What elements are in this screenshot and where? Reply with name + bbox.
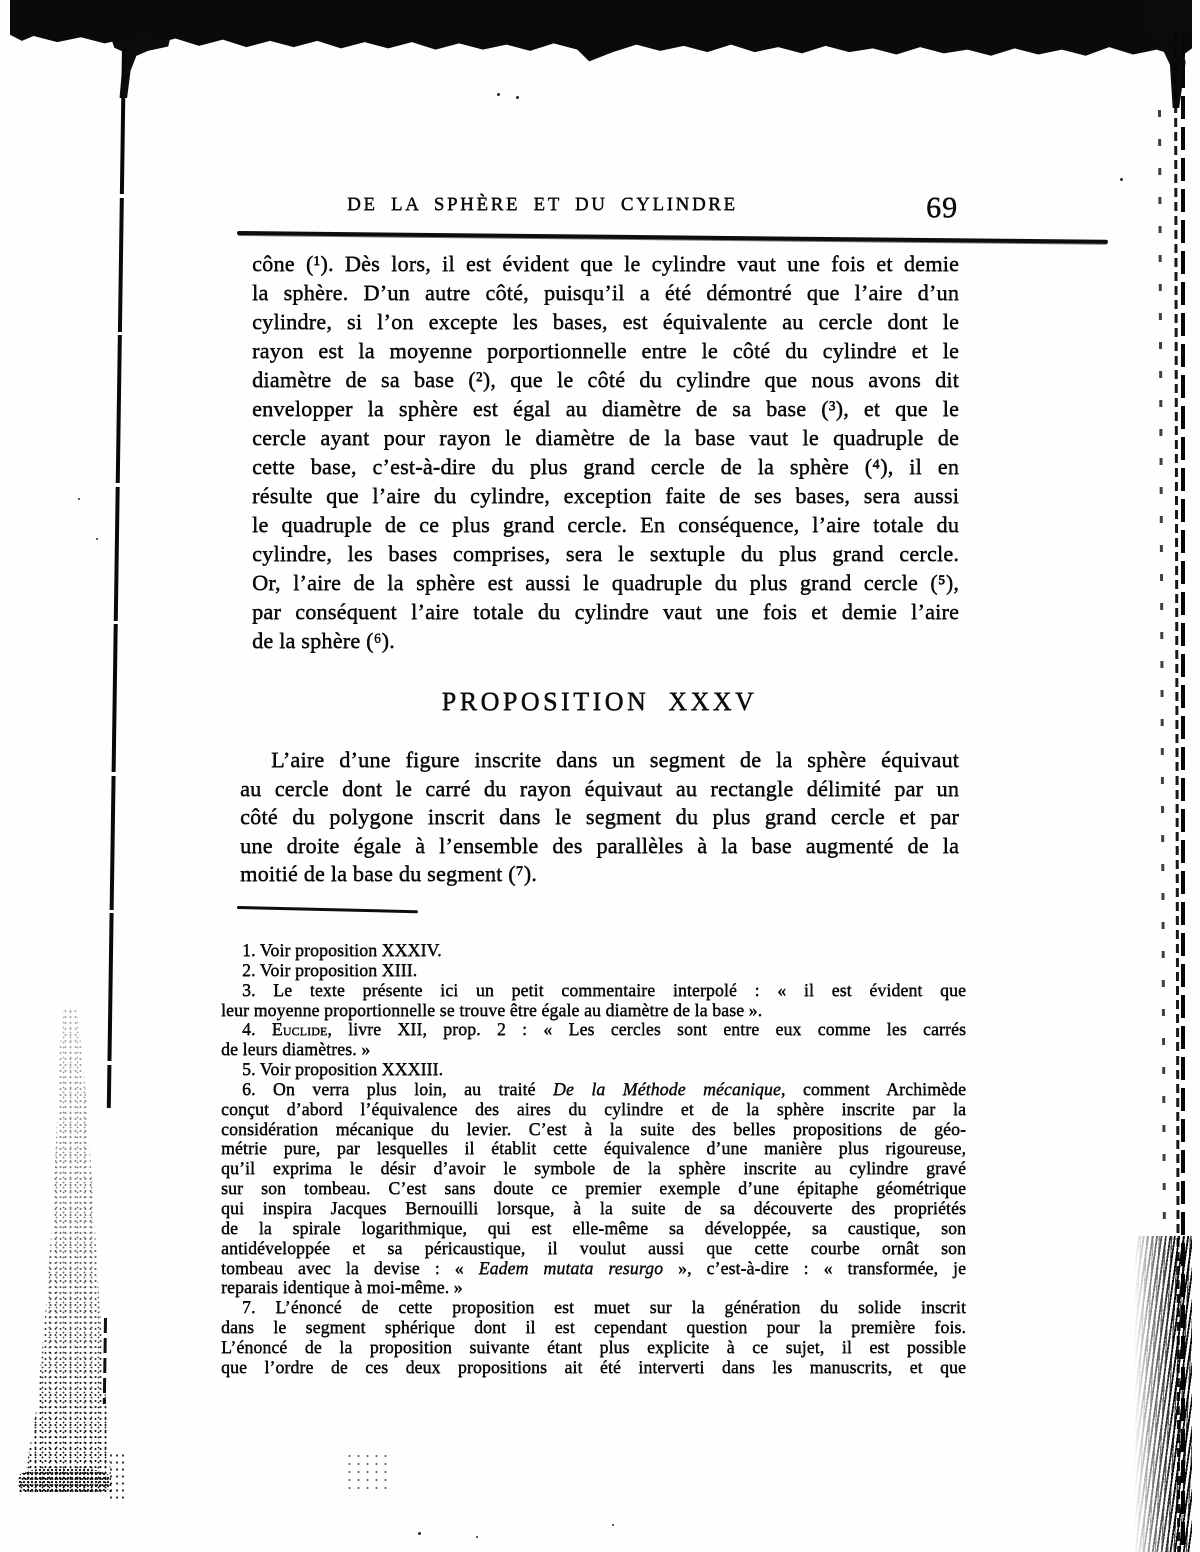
text-line: diamètre de sa base (²), que le côté du …: [252, 365, 959, 394]
text-segment: cylindre, si l’on excepte les bases, est…: [252, 309, 959, 334]
text-line: métrie pure, par lesquelles il établit c…: [221, 1139, 966, 1159]
scan-artifact-left-dots: [108, 1452, 126, 1500]
text-line: de leurs diamètres. »: [221, 1040, 966, 1060]
text-segment: leur moyenne proportionnelle se trouve ê…: [221, 1000, 762, 1020]
text-segment: 2. Voir proposition XIII.: [242, 960, 417, 980]
text-segment: qu’il exprima le désir d’avoir le symbol…: [221, 1158, 966, 1178]
text-segment: résulte que l’aire du cylindre, exceptio…: [252, 483, 959, 508]
text-line: leur moyenne proportionnelle se trouve ê…: [221, 1001, 966, 1021]
text-segment: le quadruple de ce plus grand cercle. En…: [252, 512, 959, 537]
text-line: envelopper la sphère est égal au diamètr…: [252, 394, 959, 423]
text-segment: moitié de la base du segment (⁷).: [240, 861, 537, 886]
text-segment: qui inspira Jacques Bernouilli lorsque, …: [221, 1198, 966, 1218]
text-line: tombeau avec la devise : « Eadem mutata …: [221, 1259, 966, 1279]
text-segment: dans le segment sphérique dont il est ce…: [221, 1317, 966, 1337]
text-line: dans le segment sphérique dont il est ce…: [221, 1318, 966, 1338]
text-line: 5. Voir proposition XXXIII.: [221, 1060, 966, 1080]
text-segment: reparais identique à moi-même. »: [221, 1277, 463, 1297]
text-line: une droite égale à l’ensemble des parall…: [240, 832, 959, 861]
text-segment: comment Archimède: [785, 1079, 966, 1099]
footnote-separator-rule: [237, 906, 418, 914]
text-line: résulte que l’aire du cylindre, exceptio…: [252, 481, 959, 510]
scan-artifact-left-line-upper: [107, 46, 126, 1108]
text-line: cylindre, les bases comprises, sera le s…: [252, 539, 959, 568]
text-segment: une droite égale à l’ensemble des parall…: [240, 833, 959, 858]
scan-artifact-right-sparse-dashes: [1158, 110, 1166, 1240]
text-segment: cette base, c’est-à-dire du plus grand c…: [252, 454, 959, 479]
text-segment: côté du polygone inscrit dans le segment…: [240, 804, 959, 829]
text-segment: au cercle dont le carré du rayon équivau…: [240, 776, 959, 801]
text-segment: L’aire d’une figure inscrite dans un seg…: [271, 747, 959, 772]
text-line: qui inspira Jacques Bernouilli lorsque, …: [221, 1199, 966, 1219]
proposition-heading: PROPOSITION XXXV: [240, 687, 959, 717]
text-segment: de la spirale logarithmique, qui est ell…: [221, 1218, 966, 1238]
scan-artifact-right-binding-line: [1174, 34, 1180, 1552]
text-segment: cylindre, les bases comprises, sera le s…: [252, 541, 959, 566]
text-line: moitié de la base du segment (⁷).: [240, 860, 959, 889]
text-segment: de leurs diamètres. »: [221, 1039, 370, 1059]
text-line: cette base, c’est-à-dire du plus grand c…: [252, 452, 959, 481]
scan-artifact-top-band: [10, 0, 1192, 62]
scan-artifact-top-right-blob: [1146, 0, 1192, 108]
text-line: 1. Voir proposition XXXIV.: [221, 941, 966, 961]
text-segment: conçut d’abord l’équivalence des aires d…: [221, 1099, 966, 1119]
text-segment: 1. Voir proposition XXXIV.: [242, 940, 442, 960]
scan-artifact-noise-cone-base: [18, 1468, 110, 1492]
text-segment: Or, l’aire de la sphère est aussi le qua…: [252, 570, 959, 595]
text-segment: de la sphère (⁶).: [252, 628, 395, 653]
text-line: côté du polygone inscrit dans le segment…: [240, 803, 959, 832]
text-segment: la sphère. D’un autre côté, puisqu’il a …: [252, 280, 959, 305]
text-segment: diamètre de sa base (²), que le côté du …: [252, 367, 959, 392]
scan-artifact-speck-cluster: [345, 1452, 389, 1490]
text-line: de la spirale logarithmique, qui est ell…: [221, 1219, 966, 1239]
scan-speck: [497, 93, 500, 96]
scan-artifact-left-line-lower: [103, 1318, 107, 1404]
text-segment: métrie pure, par lesquelles il établit c…: [221, 1138, 966, 1158]
text-segment: 7. L’énoncé de cette proposition est mue…: [242, 1297, 966, 1317]
scan-artifact-left-blob: [112, 36, 170, 98]
text-line: rayon est la moyenne porportionnelle ent…: [252, 336, 959, 365]
text-segment: 4.: [242, 1019, 272, 1039]
footnotes-block: 1. Voir proposition XXXIV.2. Voir propos…: [221, 941, 966, 1378]
text-segment: tombeau avec la devise : «: [221, 1258, 479, 1278]
text-line: considération mécanique du levier. C’est…: [221, 1120, 966, 1140]
text-line: conçut d’abord l’équivalence des aires d…: [221, 1100, 966, 1120]
text-segment: sur son tombeau. C’est sans doute ce pre…: [221, 1178, 966, 1198]
text-line: 2. Voir proposition XIII.: [221, 961, 966, 981]
text-line: qu’il exprima le désir d’avoir le symbol…: [221, 1159, 966, 1179]
text-line: 4. Euclide, livre XII, prop. 2 : « Les c…: [221, 1020, 966, 1040]
text-segment: que l’ordre de ces deux propositions ait…: [221, 1357, 966, 1377]
scan-artifact-right-edge-line: [1181, 34, 1185, 1552]
text-line: cercle ayant pour rayon le diamètre de l…: [252, 423, 959, 452]
text-line: par conséquent l’aire totale du cylindre…: [252, 597, 959, 626]
text-line: 6. On verra plus loin, au traité De la M…: [221, 1080, 966, 1100]
text-line: de la sphère (⁶).: [252, 626, 959, 655]
scan-speck: [516, 96, 519, 99]
header-rule: [237, 231, 1108, 244]
running-title: DE LA SPHÈRE ET DU CYLINDRE: [347, 194, 738, 216]
text-segment: envelopper la sphère est égal au diamètr…: [252, 396, 959, 421]
text-line: L’aire d’une figure inscrite dans un seg…: [240, 746, 959, 775]
scanned-book-page: DE LA SPHÈRE ET DU CYLINDRE 69 cône (¹).…: [0, 0, 1200, 1552]
text-line: au cercle dont le carré du rayon équivau…: [240, 775, 959, 804]
text-segment: De la Méthode mécanique,: [553, 1079, 786, 1099]
text-line: que l’ordre de ces deux propositions ait…: [221, 1358, 966, 1378]
scan-speck: [1120, 178, 1123, 181]
scan-speck: [96, 538, 98, 540]
text-line: 7. L’énoncé de cette proposition est mue…: [221, 1298, 966, 1318]
text-segment: cône (¹). Dès lors, il est évident que l…: [252, 251, 959, 276]
scan-speck: [418, 1532, 421, 1535]
text-segment: par conséquent l’aire totale du cylindre…: [252, 599, 959, 624]
text-segment: Euclide: [272, 1019, 328, 1039]
proposition-paragraph: L’aire d’une figure inscrite dans un seg…: [240, 746, 959, 889]
scan-artifact-right-lower-band: [1134, 1236, 1192, 1552]
text-line: L’énoncé de la proposition suivante étan…: [221, 1338, 966, 1358]
text-segment: rayon est la moyenne porportionnelle ent…: [252, 338, 959, 363]
text-segment: 6. On verra plus loin, au traité: [242, 1079, 553, 1099]
text-line: 3. Le texte présente ici un petit commen…: [221, 981, 966, 1001]
text-line: sur son tombeau. C’est sans doute ce pre…: [221, 1179, 966, 1199]
text-line: Or, l’aire de la sphère est aussi le qua…: [252, 568, 959, 597]
text-line: antidéveloppée et sa péricaustique, il v…: [221, 1239, 966, 1259]
text-segment: cercle ayant pour rayon le diamètre de l…: [252, 425, 959, 450]
text-line: la sphère. D’un autre côté, puisqu’il a …: [252, 278, 959, 307]
scan-speck: [476, 1536, 478, 1538]
text-line: le quadruple de ce plus grand cercle. En…: [252, 510, 959, 539]
text-segment: , livre XII, prop. 2 : « Les cercles son…: [327, 1019, 966, 1039]
page-number: 69: [926, 191, 958, 225]
text-line: cylindre, si l’on excepte les bases, est…: [252, 307, 959, 336]
text-segment: antidéveloppée et sa péricaustique, il v…: [221, 1238, 966, 1258]
main-paragraph: cône (¹). Dès lors, il est évident que l…: [252, 249, 959, 655]
scan-speck: [78, 498, 80, 500]
scan-artifact-noise-cone: [8, 1008, 116, 1492]
text-segment: 5. Voir proposition XXXIII.: [242, 1059, 443, 1079]
text-segment: », c’est-à-dire : « transformée, je: [663, 1258, 966, 1278]
text-segment: L’énoncé de la proposition suivante étan…: [221, 1337, 966, 1357]
text-segment: Eadem mutata resurgo: [479, 1258, 663, 1278]
scan-speck: [612, 1524, 614, 1526]
text-segment: 3. Le texte présente ici un petit commen…: [242, 980, 966, 1000]
text-segment: considération mécanique du levier. C’est…: [221, 1119, 966, 1139]
text-line: reparais identique à moi-même. »: [221, 1278, 966, 1298]
text-line: cône (¹). Dès lors, il est évident que l…: [252, 249, 959, 278]
